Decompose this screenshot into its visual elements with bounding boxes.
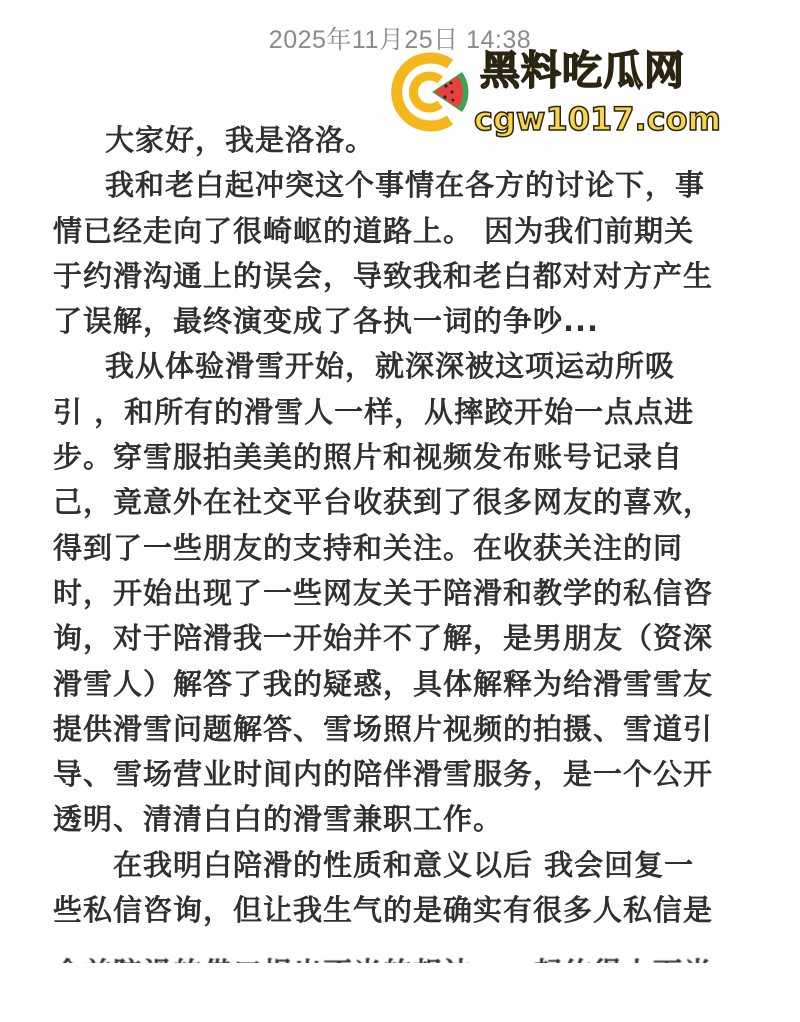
article-line: 提供滑雪问题解答、雪场照片视频的拍摄、雪道引 <box>53 707 753 752</box>
article-line: 我从体验滑雪开始，就深深被这项运动所吸 <box>53 344 753 389</box>
article-line: 引 ，和所有的滑雪人一样，从摔跤开始一点点进 <box>53 390 753 435</box>
article-line: 大家好，我是洛洛。 <box>53 118 753 163</box>
article-line: 些私信咨询，但让我生气的是确实有很多人私信是 <box>53 888 753 933</box>
article-line-clipped: 会首陪滑的借口提出不当的想法，一起约得上下半 <box>53 933 753 963</box>
article-line: 导、雪场营业时间内的陪伴滑雪服务，是一个公开 <box>53 752 753 797</box>
article-line: 滑雪人）解答了我的疑惑，具体解释为给滑雪雪友 <box>53 662 753 707</box>
article-line: 于约滑沟通上的误会，导致我和老白都对对方产生 <box>53 254 753 299</box>
article-line: 步。穿雪服拍美美的照片和视频发布账号记录自 <box>53 435 753 480</box>
article-line: 己，竟意外在社交平台收获到了很多网友的喜欢， <box>53 480 753 525</box>
article-line: 我和老白起冲突这个事情在各方的讨论下，事 <box>53 163 753 208</box>
article-body: 大家好，我是洛洛。 我和老白起冲突这个事情在各方的讨论下，事 情已经走向了很崎岖… <box>53 118 753 963</box>
article-line: 了误解，最终演变成了各执一词的争吵... <box>53 299 753 344</box>
article-line: 情已经走向了很崎岖的道路上。 因为我们前期关 <box>53 209 753 254</box>
watermark-title: 黑料吃瓜网 <box>480 48 685 94</box>
article-line: 会首陪滑的借口提出不当的想法，一起约得上下半 <box>53 951 753 963</box>
article-line: 询，对于陪滑我一开始并不了解，是男朋友（资深 <box>53 616 753 661</box>
article-line: 得到了一些朋友的支持和关注。在收获关注的同 <box>53 526 753 571</box>
article-line: 透明、清清白白的滑雪兼职工作。 <box>53 797 753 842</box>
article-line: 在我明白陪滑的性质和意义以后 我会回复一 <box>53 843 753 888</box>
article-line: 时，开始出现了一些网友关于陪滑和教学的私信咨 <box>53 571 753 616</box>
